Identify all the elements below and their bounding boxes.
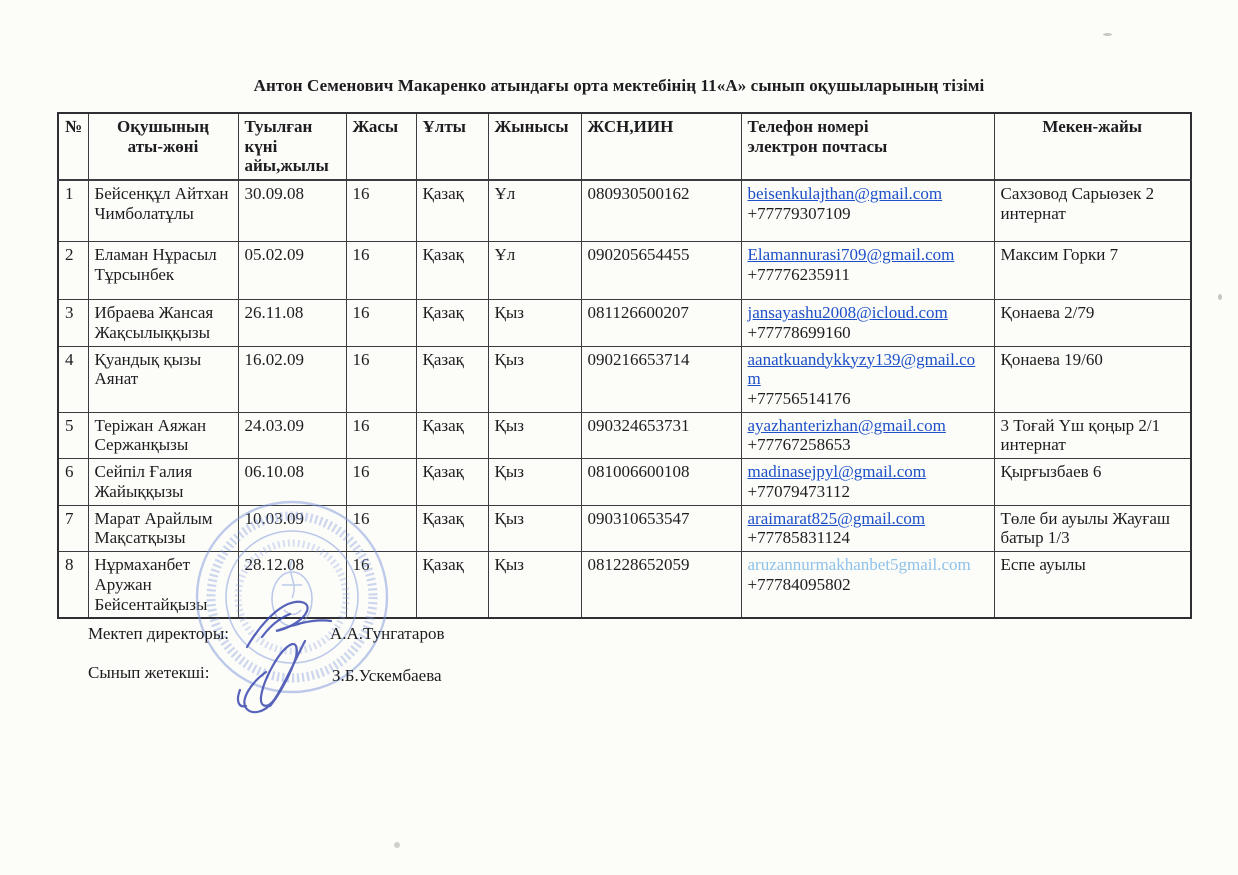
scan-artifact bbox=[1218, 294, 1222, 300]
student-name: Сейпіл Ғалия Жайыққызы bbox=[88, 459, 238, 505]
contact-cell: jansayashu2008@icloud.com+77778699160 bbox=[741, 300, 994, 346]
phone-number: +77785831124 bbox=[748, 528, 988, 548]
iin: 081126600207 bbox=[581, 300, 741, 346]
teacher-signature bbox=[238, 641, 305, 712]
iin: 090216653714 bbox=[581, 346, 741, 412]
birth-date: 26.11.08 bbox=[238, 300, 346, 346]
table-row: 1Бейсенқұл Айтхан Чимболатұлы30.09.0816Қ… bbox=[58, 180, 1191, 242]
gender: Қыз bbox=[488, 459, 581, 505]
teacher-name: З.Б.Ускембаева bbox=[332, 666, 442, 686]
contact-cell: araimarat825@gmail.com+77785831124 bbox=[741, 505, 994, 551]
address: Қонаева 19/60 bbox=[994, 346, 1191, 412]
nationality: Қазақ bbox=[416, 459, 488, 505]
student-name: Қуандық қызы Аянат bbox=[88, 346, 238, 412]
header-nationality: Ұлты bbox=[416, 113, 488, 180]
address: 3 Тоғай Үш қоңыр 2/1 интернат bbox=[994, 412, 1191, 458]
student-name: Еламан Нұрасыл Тұрсынбек bbox=[88, 242, 238, 300]
table-row: 5Теріжан Аяжан Сержанқызы24.03.0916Қазақ… bbox=[58, 412, 1191, 458]
age: 16 bbox=[346, 459, 416, 505]
gender: Ұл bbox=[488, 242, 581, 300]
header-contact: Телефон номері электрон почтасы bbox=[741, 113, 994, 180]
gender: Қыз bbox=[488, 552, 581, 619]
table-row: 3Ибраева Жансая Жақсылыққызы26.11.0816Қа… bbox=[58, 300, 1191, 346]
nationality: Қазақ bbox=[416, 346, 488, 412]
director-name: А.А.Тунгатаров bbox=[330, 624, 444, 644]
birth-date: 16.02.09 bbox=[238, 346, 346, 412]
phone-number: +77079473112 bbox=[748, 482, 988, 502]
gender: Қыз bbox=[488, 346, 581, 412]
contact-cell: ayazhanterizhan@gmail.com+77767258653 bbox=[741, 412, 994, 458]
header-num: № bbox=[58, 113, 88, 180]
page-title: Антон Семенович Макаренко атындағы орта … bbox=[0, 76, 1238, 96]
iin: 090310653547 bbox=[581, 505, 741, 551]
nationality: Қазақ bbox=[416, 412, 488, 458]
gender: Ұл bbox=[488, 180, 581, 242]
email-link[interactable]: araimarat825@gmail.com bbox=[748, 509, 926, 529]
email-link[interactable]: aanatkuandykkyzy139@gmail.com bbox=[748, 350, 988, 389]
email-link[interactable]: Elamannurasi709@gmail.com bbox=[748, 245, 955, 265]
birth-date: 05.02.09 bbox=[238, 242, 346, 300]
nationality: Қазақ bbox=[416, 552, 488, 619]
table-row: 6Сейпіл Ғалия Жайыққызы06.10.0816ҚазақҚы… bbox=[58, 459, 1191, 505]
age: 16 bbox=[346, 412, 416, 458]
address: Сахзовод Сарыөзек 2 интернат bbox=[994, 180, 1191, 242]
birth-date: 30.09.08 bbox=[238, 180, 346, 242]
iin: 081228652059 bbox=[581, 552, 741, 619]
birth-date: 06.10.08 bbox=[238, 459, 346, 505]
phone-number: +77756514176 bbox=[748, 389, 988, 409]
table-header-row: № Оқушының аты-жөні Туылған күні айы,жыл… bbox=[58, 113, 1191, 180]
age: 16 bbox=[346, 242, 416, 300]
age: 16 bbox=[346, 505, 416, 551]
header-age: Жасы bbox=[346, 113, 416, 180]
address: Максим Горки 7 bbox=[994, 242, 1191, 300]
contact-cell: beisenkulajthan@gmail.com+77779307109 bbox=[741, 180, 994, 242]
row-number: 8 bbox=[58, 552, 88, 619]
row-number: 1 bbox=[58, 180, 88, 242]
email-link[interactable]: madinasejpyl@gmail.com bbox=[748, 462, 927, 482]
gender: Қыз bbox=[488, 412, 581, 458]
birth-date: 10.03.09 bbox=[238, 505, 346, 551]
row-number: 7 bbox=[58, 505, 88, 551]
phone-number: +77767258653 bbox=[748, 435, 988, 455]
table-row: 8Нұрмаханбет Аружан Бейсентайқызы28.12.0… bbox=[58, 552, 1191, 619]
student-name: Теріжан Аяжан Сержанқызы bbox=[88, 412, 238, 458]
age: 16 bbox=[346, 346, 416, 412]
student-name: Марат Арайлым Мақсатқызы bbox=[88, 505, 238, 551]
header-birth-date: Туылған күні айы,жылы bbox=[238, 113, 346, 180]
scan-artifact bbox=[394, 842, 400, 848]
address: Қырғызбаев 6 bbox=[994, 459, 1191, 505]
table-row: 2Еламан Нұрасыл Тұрсынбек05.02.0916Қазақ… bbox=[58, 242, 1191, 300]
contact-cell: aanatkuandykkyzy139@gmail.com+7775651417… bbox=[741, 346, 994, 412]
row-number: 3 bbox=[58, 300, 88, 346]
iin: 090324653731 bbox=[581, 412, 741, 458]
table-row: 4Қуандық қызы Аянат16.02.0916ҚазақҚыз090… bbox=[58, 346, 1191, 412]
gender: Қыз bbox=[488, 300, 581, 346]
birth-date: 24.03.09 bbox=[238, 412, 346, 458]
phone-number: +77778699160 bbox=[748, 323, 988, 343]
phone-number: +77784095802 bbox=[748, 575, 988, 595]
contact-cell: aruzannurmakhanbet5gmail.com+77784095802 bbox=[741, 552, 994, 619]
director-label: Мектеп директоры: bbox=[88, 624, 229, 644]
address: Еспе ауылы bbox=[994, 552, 1191, 619]
contact-cell: Elamannurasi709@gmail.com+77776235911 bbox=[741, 242, 994, 300]
gender: Қыз bbox=[488, 505, 581, 551]
birth-date: 28.12.08 bbox=[238, 552, 346, 619]
header-iin: ЖСН,ИИН bbox=[581, 113, 741, 180]
nationality: Қазақ bbox=[416, 242, 488, 300]
phone-number: +77779307109 bbox=[748, 204, 988, 224]
student-name: Бейсенқұл Айтхан Чимболатұлы bbox=[88, 180, 238, 242]
email-link[interactable]: aruzannurmakhanbet5gmail.com bbox=[748, 555, 971, 575]
iin: 080930500162 bbox=[581, 180, 741, 242]
scan-artifact bbox=[1103, 33, 1112, 36]
row-number: 4 bbox=[58, 346, 88, 412]
nationality: Қазақ bbox=[416, 505, 488, 551]
students-table: № Оқушының аты-жөні Туылған күні айы,жыл… bbox=[57, 112, 1192, 619]
age: 16 bbox=[346, 180, 416, 242]
row-number: 5 bbox=[58, 412, 88, 458]
table-row: 7Марат Арайлым Мақсатқызы10.03.0916Қазақ… bbox=[58, 505, 1191, 551]
header-address: Мекен-жайы bbox=[994, 113, 1191, 180]
teacher-label: Сынып жетекші: bbox=[88, 663, 209, 683]
email-link[interactable]: beisenkulajthan@gmail.com bbox=[748, 184, 943, 204]
header-student-name: Оқушының аты-жөні bbox=[88, 113, 238, 180]
nationality: Қазақ bbox=[416, 300, 488, 346]
iin: 090205654455 bbox=[581, 242, 741, 300]
address: Төле би ауылы Жауғаш батыр 1/3 bbox=[994, 505, 1191, 551]
student-name: Нұрмаханбет Аружан Бейсентайқызы bbox=[88, 552, 238, 619]
header-gender: Жынысы bbox=[488, 113, 581, 180]
student-name: Ибраева Жансая Жақсылыққызы bbox=[88, 300, 238, 346]
age: 16 bbox=[346, 300, 416, 346]
row-number: 6 bbox=[58, 459, 88, 505]
email-link[interactable]: jansayashu2008@icloud.com bbox=[748, 303, 948, 323]
age: 16 bbox=[346, 552, 416, 619]
email-link[interactable]: ayazhanterizhan@gmail.com bbox=[748, 416, 946, 436]
phone-number: +77776235911 bbox=[748, 265, 988, 285]
address: Қонаева 2/79 bbox=[994, 300, 1191, 346]
nationality: Қазақ bbox=[416, 180, 488, 242]
row-number: 2 bbox=[58, 242, 88, 300]
iin: 081006600108 bbox=[581, 459, 741, 505]
contact-cell: madinasejpyl@gmail.com+77079473112 bbox=[741, 459, 994, 505]
